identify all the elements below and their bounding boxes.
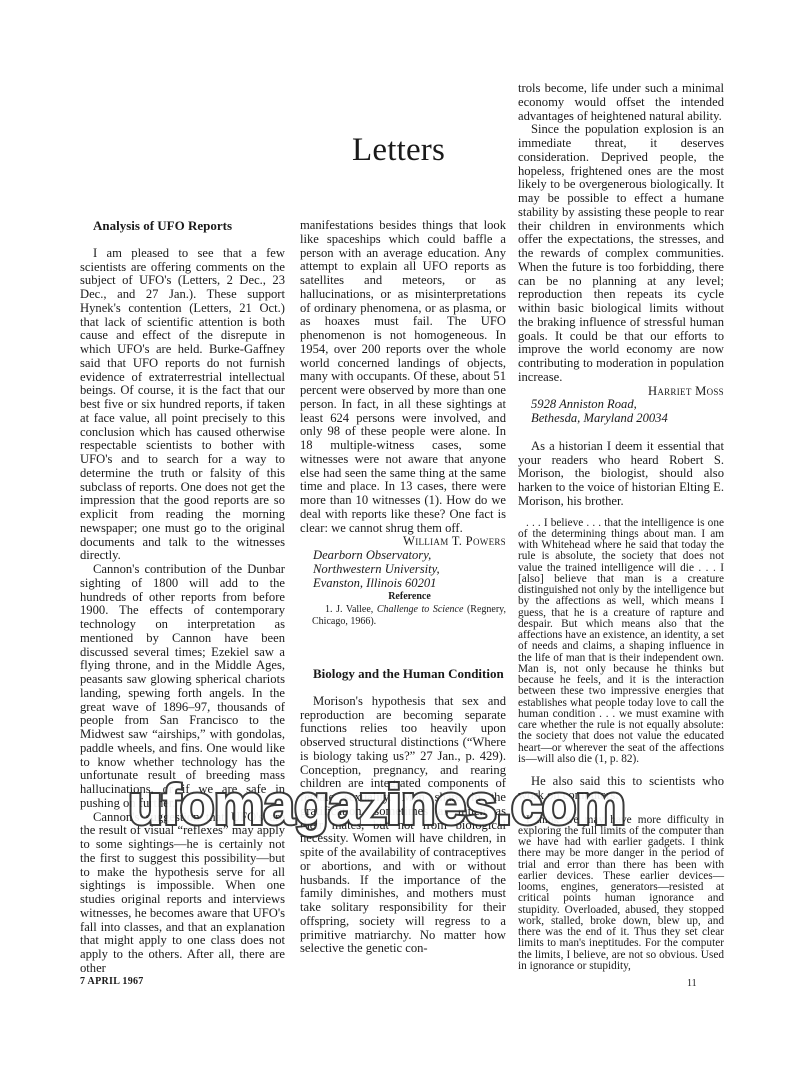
- reference-item: 1. J. Vallee, Challenge to Science (Regn…: [300, 604, 506, 627]
- footer-date: 7 APRIL 1967: [80, 976, 144, 987]
- paragraph: As a historian I deem it essential that …: [518, 440, 724, 509]
- signature-moss: Harriet Moss: [518, 385, 724, 399]
- paragraph: trols become, life under such a minimal …: [518, 82, 724, 123]
- paragraph: manifestations besides things that look …: [300, 219, 506, 535]
- page-number: 11: [687, 978, 697, 989]
- letter-heading-ufo: Analysis of UFO Reports: [80, 219, 285, 233]
- address-line: Evanston, Illinois 60201: [300, 577, 506, 591]
- address-line: 5928 Anniston Road,: [518, 398, 724, 412]
- column-2: manifestations besides things that look …: [300, 219, 506, 956]
- address-line: Bethesda, Maryland 20034: [518, 412, 724, 426]
- quote-text: . . . I believe . . . that the intellige…: [518, 518, 724, 766]
- letter-heading-biology: Biology and the Human Condition: [300, 667, 506, 681]
- reference-heading: Reference: [300, 590, 506, 604]
- column-3: trols become, life under such a minimal …: [518, 82, 724, 972]
- page-title: Letters: [352, 130, 445, 170]
- quote-text: I think we may have more difficulty in e…: [518, 815, 724, 973]
- address-line: Dearborn Observatory,: [300, 549, 506, 563]
- paragraph: I am pleased to see that a few scientist…: [80, 247, 285, 563]
- column-1: Analysis of UFO Reports I am pleased to …: [80, 219, 285, 976]
- signature-powers: William T. Powers: [300, 535, 506, 549]
- address-line: Northwestern University,: [300, 563, 506, 577]
- paragraph: Since the population explosion is an imm…: [518, 123, 724, 384]
- watermark: ufomagazines.com: [128, 775, 625, 835]
- block-quote: . . . I believe . . . that the intellige…: [518, 518, 724, 766]
- block-quote: I think we may have more difficulty in e…: [518, 815, 724, 973]
